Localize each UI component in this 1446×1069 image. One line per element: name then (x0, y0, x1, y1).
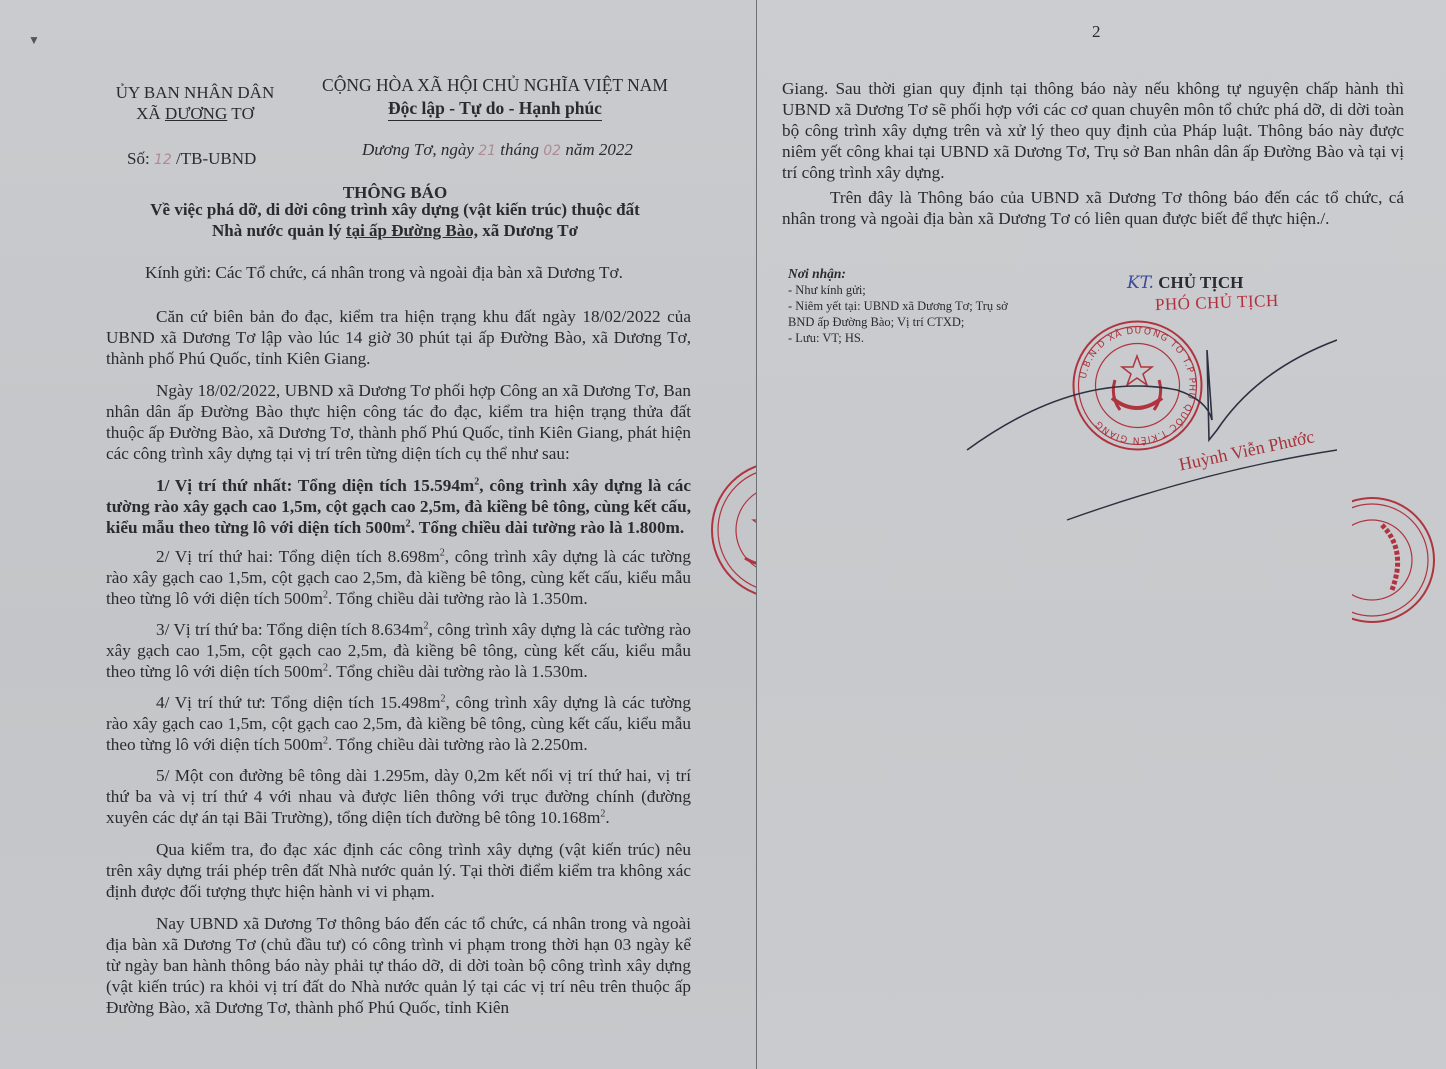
paper-mark: ▼ (28, 33, 38, 43)
handwritten-number: 12 (154, 152, 172, 168)
paragraph-findings: Qua kiểm tra, đo đạc xác định các công t… (106, 839, 691, 902)
paragraph-basis: Căn cứ biên bản đo đạc, kiểm tra hiện tr… (106, 306, 691, 369)
document-page-2: 2 Giang. Sau thời gian quy định tại thôn… (757, 0, 1446, 1069)
recipient-item: - Niêm yết tại: UBND xã Dương Tơ; Trụ sở… (788, 298, 1028, 330)
handwritten-signature (957, 330, 1337, 530)
item-concrete-road: 5/ Một con đường bê tông dài 1.295m, dày… (106, 765, 691, 828)
agency-header: ỦY BAN NHÂN DÂN XÃ DƯƠNG TƠ (95, 82, 295, 124)
document-number: Số: 12 /TB-UBND (127, 149, 256, 169)
place-date: Dương Tơ, ngày 21 tháng 02 năm 2022 (362, 140, 633, 160)
national-motto: Độc lập - Tự do - Hạnh phúc (300, 98, 690, 119)
paragraph-notice: Nay UBND xã Dương Tơ thông báo đến các t… (106, 913, 691, 1018)
signer-title: KT. CHỦ TỊCH (1127, 273, 1243, 293)
document-subject: Về việc phá dỡ, di dời công trình xây dự… (95, 199, 695, 241)
republic-title: CỘNG HÒA XÃ HỘI CHỦ NGHĨA VIỆT NAM (300, 75, 690, 96)
agency-line2: XÃ DƯƠNG TƠ (95, 103, 295, 124)
stamp-partial-right (1352, 495, 1446, 625)
recipients-heading: Nơi nhận: (788, 266, 1028, 282)
item-location-3: 3/ Vị trí thứ ba: Tổng diện tích 8.634m2… (106, 619, 691, 682)
page-number: 2 (1092, 22, 1101, 42)
recipient-line: Kính gửi: Các Tổ chức, cá nhân trong và … (145, 263, 623, 283)
paragraph-inspection: Ngày 18/02/2022, UBND xã Dương Tơ phối h… (106, 380, 691, 464)
paragraph-closing: Trên đây là Thông báo của UBND xã Dương … (782, 187, 1404, 229)
handwritten-kt: KT. (1127, 273, 1154, 293)
document-body: Căn cứ biên bản đo đạc, kiểm tra hiện tr… (106, 306, 691, 1018)
paragraph-continuation: Giang. Sau thời gian quy định tại thông … (782, 78, 1404, 183)
agency-line1: ỦY BAN NHÂN DÂN (95, 82, 295, 103)
item-location-1: 1/ Vị trí thứ nhất: Tổng diện tích 15.59… (106, 475, 691, 538)
item-location-2: 2/ Vị trí thứ hai: Tổng diện tích 8.698m… (106, 546, 691, 609)
item-location-4: 4/ Vị trí thứ tư: Tổng diện tích 15.498m… (106, 692, 691, 755)
signer-subtitle-stamp: PHÓ CHỦ TỊCH (1155, 291, 1279, 315)
republic-header: CỘNG HÒA XÃ HỘI CHỦ NGHĨA VIỆT NAM Độc l… (300, 75, 690, 119)
stamp-partial-left (705, 458, 757, 608)
document-page-1: ▼ ỦY BAN NHÂN DÂN XÃ DƯƠNG TƠ CỘNG HÒA X… (0, 0, 757, 1069)
recipient-item: - Như kính gửi; (788, 282, 1028, 298)
